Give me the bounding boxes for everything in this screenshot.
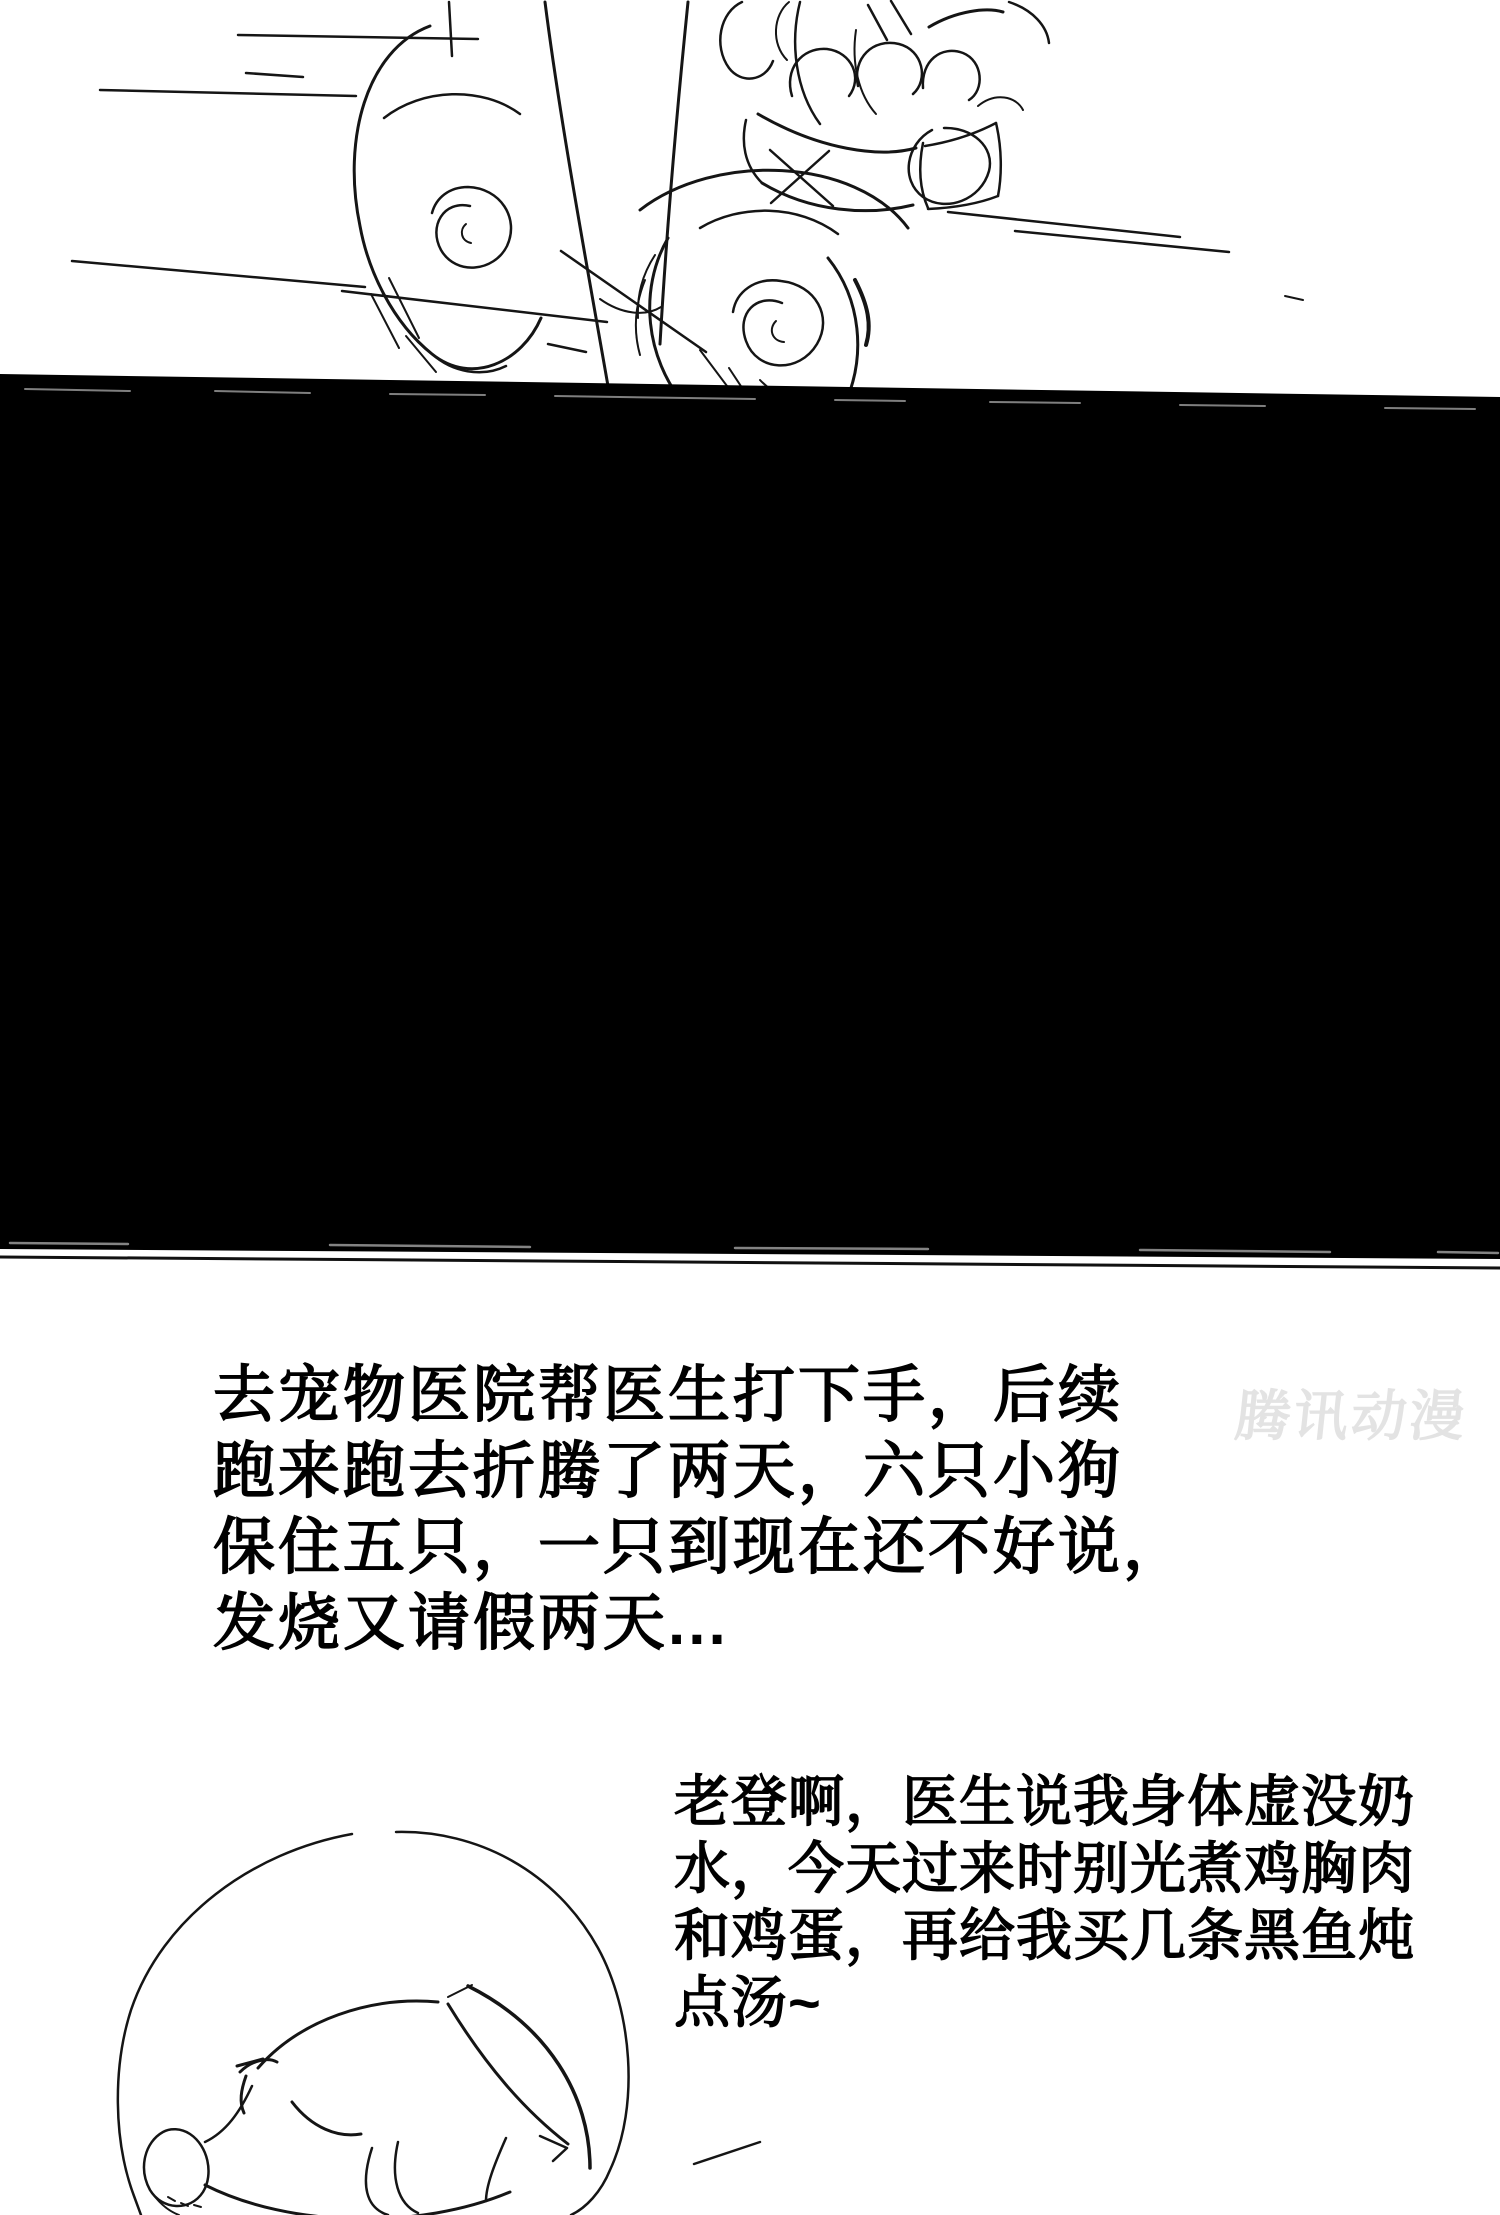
- speech-line: 老登啊，医生说我身体虚没奶: [674, 1768, 1415, 1835]
- rider-face-sketch: [868, 1, 1049, 43]
- speech-text: 老登啊，医生说我身体虚没奶 水，今天过来时别光煮鸡胸肉 和鸡蛋，再给我买几条黑鱼…: [674, 1768, 1415, 2036]
- dog-closed-eye: [292, 2102, 361, 2135]
- scooter-sketch: [72, 1, 1303, 440]
- speed-lines-right: [948, 212, 1229, 252]
- tencent-comics-watermark: 腾讯动漫: [1232, 1372, 1472, 1451]
- narration-text: 去宠物医院帮医生打下手，后续 跑来跑去折腾了两天，六只小狗 保住五只，一只到现在…: [213, 1358, 1188, 1662]
- comic-page: 去宠物医院帮医生打下手，后续 跑来跑去折腾了两天，六只小狗 保住五只，一只到现在…: [0, 0, 1500, 2215]
- sleeping-dog-sketch: [118, 1832, 760, 2215]
- narration-line: 保住五只，一只到现在还不好说，: [213, 1510, 1188, 1586]
- speech-line: 水，今天过来时别光煮鸡胸肉: [674, 1835, 1415, 1902]
- narration-line: 发烧又请假两天...: [213, 1586, 1188, 1662]
- speech-line: 和鸡蛋，再给我买几条黑鱼炖: [674, 1902, 1415, 1969]
- black-panel: [0, 374, 1500, 1259]
- stray-stroke: [694, 2142, 760, 2164]
- puppies-in-basket-sketch: [720, 2, 1023, 110]
- speech-line: 点汤~: [674, 1969, 1415, 2036]
- narration-line: 跑来跑去折腾了两天，六只小狗: [213, 1434, 1188, 1510]
- rear-wheel-sketch: [354, 26, 541, 372]
- speed-lines-left: [100, 2, 478, 96]
- dog-ear: [448, 1986, 590, 2168]
- narration-line: 去宠物医院帮医生打下手，后续: [213, 1358, 1188, 1434]
